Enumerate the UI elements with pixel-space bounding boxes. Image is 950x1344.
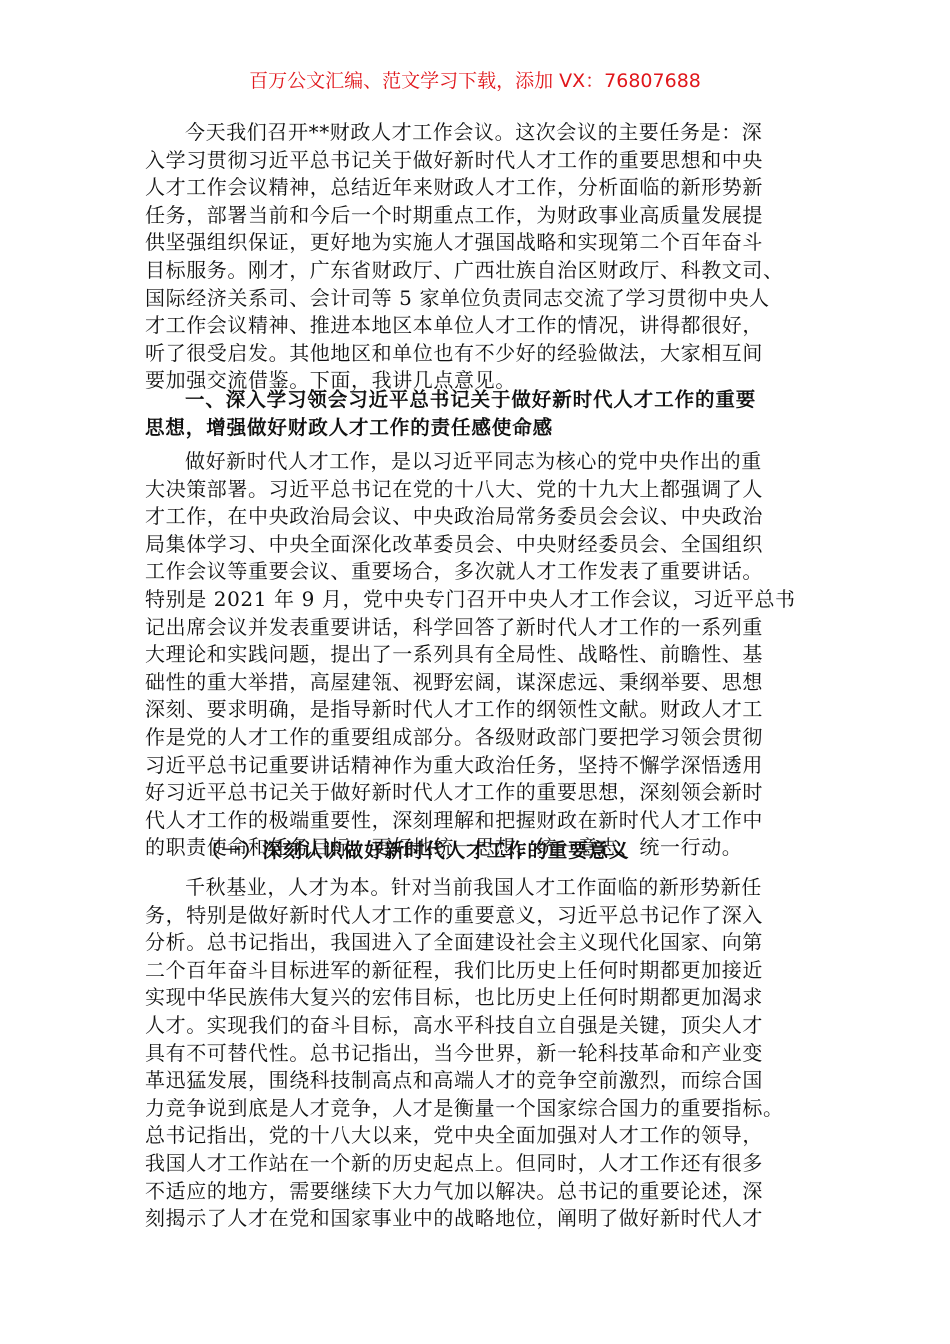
text-line: 做好新时代人才工作，是以习近平同志为核心的党中央作出的重	[145, 448, 805, 476]
heading-line: 一、深入学习领会习近平总书记关于做好新时代人才工作的重要	[145, 386, 805, 414]
text-line: 作是党的人才工作的重要组成部分。各级财政部门要把学习领会贯彻	[145, 724, 805, 752]
text-line: 听了很受启发。其他地区和单位也有不少好的经验做法，大家相互间	[145, 340, 805, 368]
paragraph-section-1: 做好新时代人才工作，是以习近平同志为核心的党中央作出的重 大决策部署。习近平总书…	[145, 448, 805, 862]
text-line: 才工作，在中央政治局会议、中央政治局常务委员会会议、中央政治	[145, 503, 805, 531]
text-line: 分析。总书记指出，我国进入了全面建设社会主义现代化国家、向第	[145, 929, 805, 957]
subheading-line: （一）深刻认识做好新时代人才工作的重要意义	[145, 837, 805, 865]
text-line: 础性的重大举措，高屋建瓴、视野宏阔，谋深虑远、秉纲举要、思想	[145, 669, 805, 697]
text-line: 供坚强组织保证，更好地为实施人才强国战略和实现第二个百年奋斗	[145, 229, 805, 257]
watermark-banner: 百万公文汇编、范文学习下载，添加 VX：76807688	[0, 66, 950, 93]
text-line: 好习近平总书记关于做好新时代人才工作的重要思想，深刻领会新时	[145, 779, 805, 807]
subsection-heading-1: （一）深刻认识做好新时代人才工作的重要意义	[145, 837, 805, 865]
text-line: 我国人才工作站在一个新的历史起点上。但同时，人才工作还有很多	[145, 1150, 805, 1178]
text-line: 二个百年奋斗目标进军的新征程，我们比历史上任何时期都更加接近	[145, 957, 805, 985]
text-line: 才工作会议精神、推进本地区本单位人才工作的情况，讲得都很好，	[145, 312, 805, 340]
text-line: 人才工作会议精神，总结近年来财政人才工作，分析面临的新形势新	[145, 174, 805, 202]
text-line: 总书记指出，党的十八大以来，党中央全面加强对人才工作的领导，	[145, 1122, 805, 1150]
text-line: 代人才工作的极端重要性，深刻理解和把握财政在新时代人才工作中	[145, 807, 805, 835]
text-line: 具有不可替代性。总书记指出，当今世界，新一轮科技革命和产业变	[145, 1040, 805, 1068]
text-line: 特别是 2021 年 9 月，党中央专门召开中央人才工作会议，习近平总书	[145, 586, 805, 614]
text-line: 刻揭示了人才在党和国家事业中的战略地位，阐明了做好新时代人才	[145, 1205, 805, 1233]
text-line: 千秋基业，人才为本。针对当前我国人才工作面临的新形势新任	[145, 874, 805, 902]
paragraph-opening: 今天我们召开**财政人才工作会议。这次会议的主要任务是：深 入学习贯彻习近平总书…	[145, 119, 805, 395]
section-heading-1: 一、深入学习领会习近平总书记关于做好新时代人才工作的重要 思想，增强做好财政人才…	[145, 386, 805, 441]
text-line: 大理论和实践问题，提出了一系列具有全局性、战略性、前瞻性、基	[145, 641, 805, 669]
text-line: 实现中华民族伟大复兴的宏伟目标，也比历史上任何时期都更加渴求	[145, 984, 805, 1012]
text-line: 深刻、要求明确，是指导新时代人才工作的纲领性文献。财政人才工	[145, 696, 805, 724]
text-line: 大决策部署。习近平总书记在党的十八大、党的十九大上都强调了人	[145, 476, 805, 504]
text-line: 今天我们召开**财政人才工作会议。这次会议的主要任务是：深	[145, 119, 805, 147]
text-line: 人才。实现我们的奋斗目标，高水平科技自立自强是关键，顶尖人才	[145, 1012, 805, 1040]
text-line: 记出席会议并发表重要讲话，科学回答了新时代人才工作的一系列重	[145, 614, 805, 642]
heading-line: 思想，增强做好财政人才工作的责任感使命感	[145, 414, 805, 442]
text-line: 国际经济关系司、会计司等 5 家单位负责同志交流了学习贯彻中央人	[145, 285, 805, 313]
text-line: 入学习贯彻习近平总书记关于做好新时代人才工作的重要思想和中央	[145, 147, 805, 175]
text-line: 务，特别是做好新时代人才工作的重要意义，习近平总书记作了深入	[145, 902, 805, 930]
text-line: 不适应的地方，需要继续下大力气加以解决。总书记的重要论述，深	[145, 1178, 805, 1206]
text-line: 工作会议等重要会议、重要场合，多次就人才工作发表了重要讲话。	[145, 558, 805, 586]
paragraph-subsection-1: 千秋基业，人才为本。针对当前我国人才工作面临的新形势新任 务，特别是做好新时代人…	[145, 874, 805, 1233]
text-line: 局集体学习、中央全面深化改革委员会、中央财经委员会、全国组织	[145, 531, 805, 559]
text-line: 任务，部署当前和今后一个时期重点工作，为财政事业高质量发展提	[145, 202, 805, 230]
text-line: 革迅猛发展，围绕科技制高点和高端人才的竞争空前激烈，而综合国	[145, 1067, 805, 1095]
text-line: 习近平总书记重要讲话精神作为重大政治任务，坚持不懈学深悟透用	[145, 752, 805, 780]
text-line: 目标服务。刚才，广东省财政厅、广西壮族自治区财政厅、科教文司、	[145, 257, 805, 285]
text-line: 力竞争说到底是人才竞争，人才是衡量一个国家综合国力的重要指标。	[145, 1095, 805, 1123]
